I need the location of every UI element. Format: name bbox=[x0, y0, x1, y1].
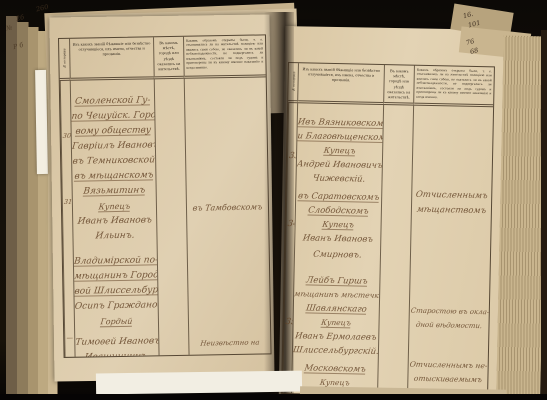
right-entries-column: Ивъ Вязниковскомъи БлаговѣщенскомъКупецъ… bbox=[291, 103, 383, 395]
fore-edge-shadow bbox=[541, 30, 547, 400]
header-number-label: № по порядку. bbox=[62, 48, 66, 69]
handwritten-note: отыскиваемымъ bbox=[408, 372, 487, 388]
left-place-column bbox=[154, 79, 189, 355]
handwritten-note: жительствѣ bbox=[190, 349, 271, 354]
header-number-label: № по порядку. bbox=[291, 71, 295, 92]
handwritten-line: Гордый bbox=[74, 313, 158, 329]
row-number: 34 bbox=[287, 217, 295, 231]
left-entries-column: Смоленской Гу-по Чешуйск. Городо-вому об… bbox=[70, 79, 159, 356]
handwritten-line: Владимірской по- bbox=[73, 253, 158, 269]
handwritten-line: Чижевскій. bbox=[296, 171, 383, 187]
handwritten-line: въ мѣщанскомъ bbox=[72, 168, 157, 184]
row-number: — bbox=[65, 331, 74, 346]
handwritten-line: Иванъ Ивановъ bbox=[294, 231, 381, 247]
handwritten-line: Ильинъ. bbox=[73, 228, 158, 244]
bottom-shadow bbox=[0, 394, 547, 400]
handwritten-note: дной вѣдомости. bbox=[410, 318, 489, 334]
handwritten-line: Вязьмитинъ bbox=[72, 183, 157, 199]
header-col-names: Изъ какихъ званій бѣжавшіе или безвѣстно… bbox=[297, 63, 384, 105]
handwritten-note: въ Тамбовскомъ bbox=[187, 199, 268, 215]
handwritten-line: Шлиссельбургскій. bbox=[292, 343, 379, 359]
header-col-number: № по порядку. bbox=[59, 39, 70, 81]
white-bookmark-strip bbox=[35, 70, 48, 174]
handwritten-line: Иванъ Ивановъ bbox=[72, 213, 157, 229]
handwritten-line: Ивашнининъ. bbox=[75, 349, 159, 356]
left-page-table: № по порядку. Изъ какихъ званій бѣжавшіе… bbox=[58, 34, 272, 358]
handwritten-line: мѣщанинъ Городо- bbox=[73, 268, 158, 284]
handwritten-line: Смирновъ. bbox=[294, 247, 381, 263]
handwritten-line: въ Темниковской bbox=[71, 153, 156, 169]
header-col-how: Какимъ образомъ открыты были, т. е. отыс… bbox=[413, 66, 494, 108]
archival-book-scan: № 2б 260 Р б 16. 101 76 68 № по порядку.… bbox=[0, 0, 547, 400]
fore-edge-stack bbox=[496, 36, 547, 397]
handwritten-line: по Чешуйск. Городо- bbox=[71, 108, 156, 124]
right-page-table: № по порядку. Изъ какихъ званій бѣжавшіе… bbox=[281, 62, 495, 398]
handwritten-line: Гавріилъ Ивановъ bbox=[71, 138, 156, 154]
left-remarks-column: въ ТамбовскомъНеизвѣстно нажительствѣ bbox=[184, 77, 271, 354]
row-number: 31 bbox=[63, 195, 72, 210]
handwritten-line: Тимоѳей Ивановъ bbox=[75, 334, 159, 350]
header-col-names: Изъ какихъ званій бѣжавшіе или безвѣстно… bbox=[69, 37, 154, 80]
bottom-page-edge-white bbox=[96, 371, 302, 395]
header-col-place: Въ какомъ мѣстѣ, городѣ или уѣздѣ оказал… bbox=[153, 37, 184, 80]
row-number: 33 bbox=[288, 149, 296, 163]
handwritten-note: Отчисленнымъ bbox=[412, 188, 491, 204]
handwritten-note: мѣщанствомъ bbox=[412, 203, 491, 219]
margin-mark: 260 bbox=[35, 3, 49, 14]
row-number: 30 bbox=[62, 129, 71, 144]
header-col-how: Какимъ образомъ открыты были, т. е. отыс… bbox=[183, 35, 266, 78]
handwritten-line: Купецъ bbox=[72, 198, 157, 214]
handwritten-line: вой Шлиссельбургской bbox=[74, 283, 159, 299]
handwritten-line: Смоленской Гу- bbox=[70, 93, 155, 109]
right-remarks-column: ОтчисленнымъмѣщанствомъСтаростою въ окла… bbox=[407, 106, 493, 398]
handwritten-line: вому обществу bbox=[71, 123, 156, 139]
header-col-place: Въ какомъ мѣстѣ, городѣ или уѣздѣ оказал… bbox=[383, 65, 414, 106]
row-number: 35 bbox=[285, 315, 293, 329]
handwritten-line: Осипъ Граждановъ bbox=[74, 298, 159, 314]
